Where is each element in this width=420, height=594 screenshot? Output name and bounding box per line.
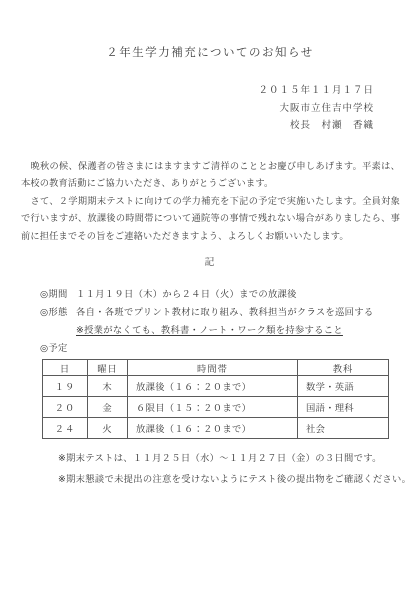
footnote-exam-dates: ※期末テストは、１１月２５日（水）～１１月２７日（金）の３日間です。: [58, 448, 400, 469]
format-label: ◎形態: [40, 304, 76, 322]
format-note: ※授業がなくても、教科書・ノート・ワーク類を持参すること: [76, 325, 343, 336]
schedule-header-row: 日 曜日 時間帯 教科: [43, 360, 389, 376]
schedule-item: ◎予定: [40, 340, 400, 358]
cell-day: １９: [43, 376, 88, 397]
schedule-label: ◎予定: [40, 340, 76, 358]
cell-timeslot: ６限目（１５：２０まで）: [128, 397, 298, 418]
footnotes: ※期末テストは、１１月２５日（水）～１１月２７日（金）の３日間です。 ※期末懇談…: [58, 448, 400, 490]
header-subject: 教科: [298, 360, 389, 376]
table-row: ２０ 金 ６限目（１５：２０まで） 国語・理科: [43, 397, 389, 418]
notice-items: ◎期間 １１月１９日（木）から２４日（火）までの放課後 ◎形態 各自・各班でプリ…: [40, 286, 400, 358]
greeting-paragraph: 晩秋の候、保護者の皆さまにはますますご清祥のこととお慶び申しあげます。平素は、本…: [21, 158, 400, 193]
cell-weekday: 火: [88, 418, 128, 439]
document-date: ２０１５年１１月１７日: [0, 82, 374, 100]
principal-name: 校長 村瀬 香織: [0, 117, 374, 135]
cell-subject: 社会: [298, 418, 389, 439]
school-name: 大阪市立住吉中学校: [0, 100, 374, 118]
cell-subject: 数学・英語: [298, 376, 389, 397]
cell-weekday: 木: [88, 376, 128, 397]
period-item: ◎期間 １１月１９日（木）から２４日（火）までの放課後: [40, 286, 400, 304]
header-timeslot: 時間帯: [128, 360, 298, 376]
record-heading: 記: [0, 256, 420, 270]
main-paragraph: さて、２学期期末テストに向けての学力補充を下記の予定で実施いたします。全員対象で…: [21, 193, 400, 246]
cell-day: ２０: [43, 397, 88, 418]
cell-subject: 国語・理科: [298, 397, 389, 418]
notice-document-page: ２年生学力補充についてのお知らせ ２０１５年１１月１７日 大阪市立住吉中学校 校…: [0, 0, 420, 594]
cell-weekday: 金: [88, 397, 128, 418]
period-label: ◎期間: [40, 286, 76, 304]
format-text: 各自・各班でプリント教材に取り組み、教科担当がクラスを巡回する: [76, 304, 400, 322]
footnote-submission-reminder: ※期末懇談で未提出の注意を受けないようにテスト後の提出物をご確認ください。: [58, 469, 400, 490]
header-day: 日: [43, 360, 88, 376]
body-paragraphs: 晩秋の候、保護者の皆さまにはますますご清祥のこととお慶び申しあげます。平素は、本…: [21, 158, 400, 246]
cell-timeslot: 放課後（１６：２０まで）: [128, 418, 298, 439]
table-row: ２４ 火 放課後（１６：２０まで） 社会: [43, 418, 389, 439]
document-meta: ２０１５年１１月１７日 大阪市立住吉中学校 校長 村瀬 香織: [0, 82, 420, 135]
document-title: ２年生学力補充についてのお知らせ: [0, 44, 420, 60]
format-item: ◎形態 各自・各班でプリント教材に取り組み、教科担当がクラスを巡回する: [40, 304, 400, 322]
cell-timeslot: 放課後（１６：２０まで）: [128, 376, 298, 397]
cell-day: ２４: [43, 418, 88, 439]
table-row: １９ 木 放課後（１６：２０まで） 数学・英語: [43, 376, 389, 397]
format-note-row: ※授業がなくても、教科書・ノート・ワーク類を持参すること: [40, 322, 400, 340]
period-text: １１月１９日（木）から２４日（火）までの放課後: [76, 286, 400, 304]
header-weekday: 曜日: [88, 360, 128, 376]
schedule-table: 日 曜日 時間帯 教科 １９ 木 放課後（１６：２０まで） 数学・英語 ２０ 金…: [42, 359, 389, 439]
